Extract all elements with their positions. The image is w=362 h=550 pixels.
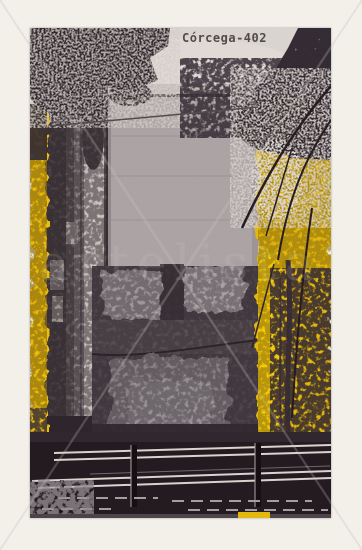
photo-grain (30, 28, 331, 518)
artwork-print: Córcega-402 artelista artelista (30, 28, 331, 518)
art-listing-image: Córcega-402 artelista artelista (0, 0, 362, 550)
artwork-graphic (30, 28, 331, 518)
photo-title: Córcega-402 (182, 31, 267, 45)
